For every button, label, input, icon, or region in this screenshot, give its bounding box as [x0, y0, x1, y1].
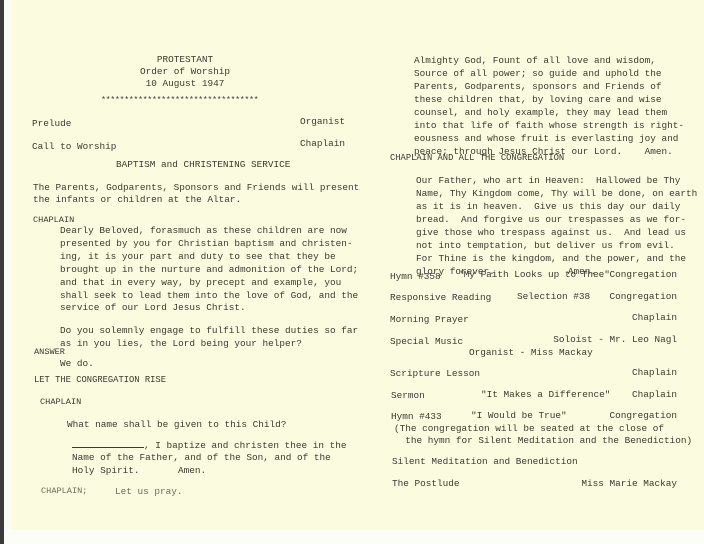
baptism-formula-line-1: , I baptize and christen thee in the [72, 438, 347, 452]
item-label: Scripture Lesson [390, 367, 480, 380]
lords-prayer-line: as it is in heaven. Give us this day our… [416, 201, 680, 214]
baptism-amen: Amen. [178, 464, 206, 477]
item-role: Chaplain [580, 311, 677, 324]
lords-prayer-line: Our Father, who art in Heaven: Hallowed … [416, 175, 680, 188]
baptism-formula-line-3: Holy Spirit. [72, 464, 140, 477]
name-question: What name shall be given to this Child? [67, 418, 286, 431]
baptism-formula-line-2: Name of the Father, and of the Son, and … [72, 451, 331, 464]
prayer-line: Source of all power; so guide and uphold… [414, 68, 662, 81]
item-label: Special Music [390, 335, 463, 348]
closing-text: Let us pray. [115, 485, 183, 498]
item-label: Sermon [391, 389, 425, 402]
prayer-line: eousness and whose fruit is everlasting … [414, 133, 678, 146]
divider-asterisks: ********************************** [101, 94, 258, 107]
lords-prayer-line: not into temptation, but deliver us from… [416, 240, 675, 253]
charge-line: presented by you for Christian baptism a… [60, 238, 353, 251]
item-role: Chaplain [580, 366, 677, 379]
charge-line: shall seek to lead them into the love of… [60, 290, 358, 303]
charge-line: Dearly Beloved, forasmuch as these child… [60, 225, 347, 238]
item-role: Miss Marie Mackay [560, 477, 677, 490]
item-role: Congregation [580, 268, 677, 281]
item-label: Morning Prayer [390, 313, 469, 326]
formula-text: , I baptize and christen thee in the [144, 440, 347, 451]
item-label: Silent Meditation and Benediction [392, 455, 578, 468]
prelude-role: Organist [250, 115, 345, 128]
child-name-blank [72, 438, 144, 448]
charge-line: and that in every way, by precept and ex… [60, 277, 341, 290]
charge-line: service of our Lord Jesus Christ. [60, 302, 246, 315]
call-to-worship-label: Call to Worship [32, 140, 116, 153]
call-to-worship-role: Chaplain [250, 137, 345, 150]
question-line: Do you solemnly engage to fulfill these … [60, 325, 358, 338]
scan-margin [4, 530, 704, 544]
special-music-organist: Organist - Miss Mackay [469, 346, 593, 359]
prayer-line: into that life of faith whose strength i… [414, 120, 684, 133]
item-label: Hymn #358 [390, 270, 441, 283]
rise-instruction: LET THE CONGREGATION RISE [34, 374, 166, 387]
item-label: The Postlude [392, 477, 460, 490]
item-role: Congregation [580, 409, 677, 422]
scan-edge [0, 0, 4, 544]
prelude-label: Prelude [32, 117, 71, 130]
closing-chaplain-label: CHAPLAIN; [41, 485, 87, 498]
presentation-line-2: the infants or children at the Altar. [33, 193, 241, 206]
item-role: Soloist - Mr. Leo Nagl [520, 333, 677, 346]
item-title: "I Would be True" [471, 409, 567, 422]
baptism-heading: BAPTISM and CHRISTENING SERVICE [116, 158, 290, 171]
lords-prayer-line: For Thine is the kingdom, and the power,… [416, 253, 686, 266]
lords-prayer-line: give those who trespass against us. And … [416, 227, 686, 240]
prayer-line: Almighty God, Fount of all love and wisd… [414, 55, 656, 68]
lords-prayer-line: bread. And forgive us our trespasses as … [416, 214, 686, 227]
prayer-line: Parents, Godparents, sponsors and Friend… [414, 81, 662, 94]
question-line: as in you lies, the Lord being your help… [60, 338, 302, 351]
item-role: Chaplain [580, 388, 677, 401]
item-label: Responsive Reading [390, 291, 491, 304]
prayer-line: counsel, and holy example, they may lead… [414, 107, 667, 120]
answer-text: We do. [60, 357, 94, 370]
prayer-line: these children that, by loving care and … [414, 94, 662, 107]
service-date: 10 August 1947 [120, 77, 250, 90]
lords-prayer-line: Name, Thy Kingdom come, Thy will be done… [416, 188, 697, 201]
charge-line: brought up in the nurture and admonition… [60, 264, 358, 277]
hymn-note-line: the hymn for Silent Meditation and the B… [394, 434, 692, 447]
lords-prayer-heading: CHAPLAIN AND ALL THE CONGREGATION [390, 152, 564, 165]
chaplain-label-2: CHAPLAIN [40, 396, 81, 409]
charge-line: ing, it is your part and duty to see tha… [60, 251, 336, 264]
item-role: Congregation [580, 290, 677, 303]
